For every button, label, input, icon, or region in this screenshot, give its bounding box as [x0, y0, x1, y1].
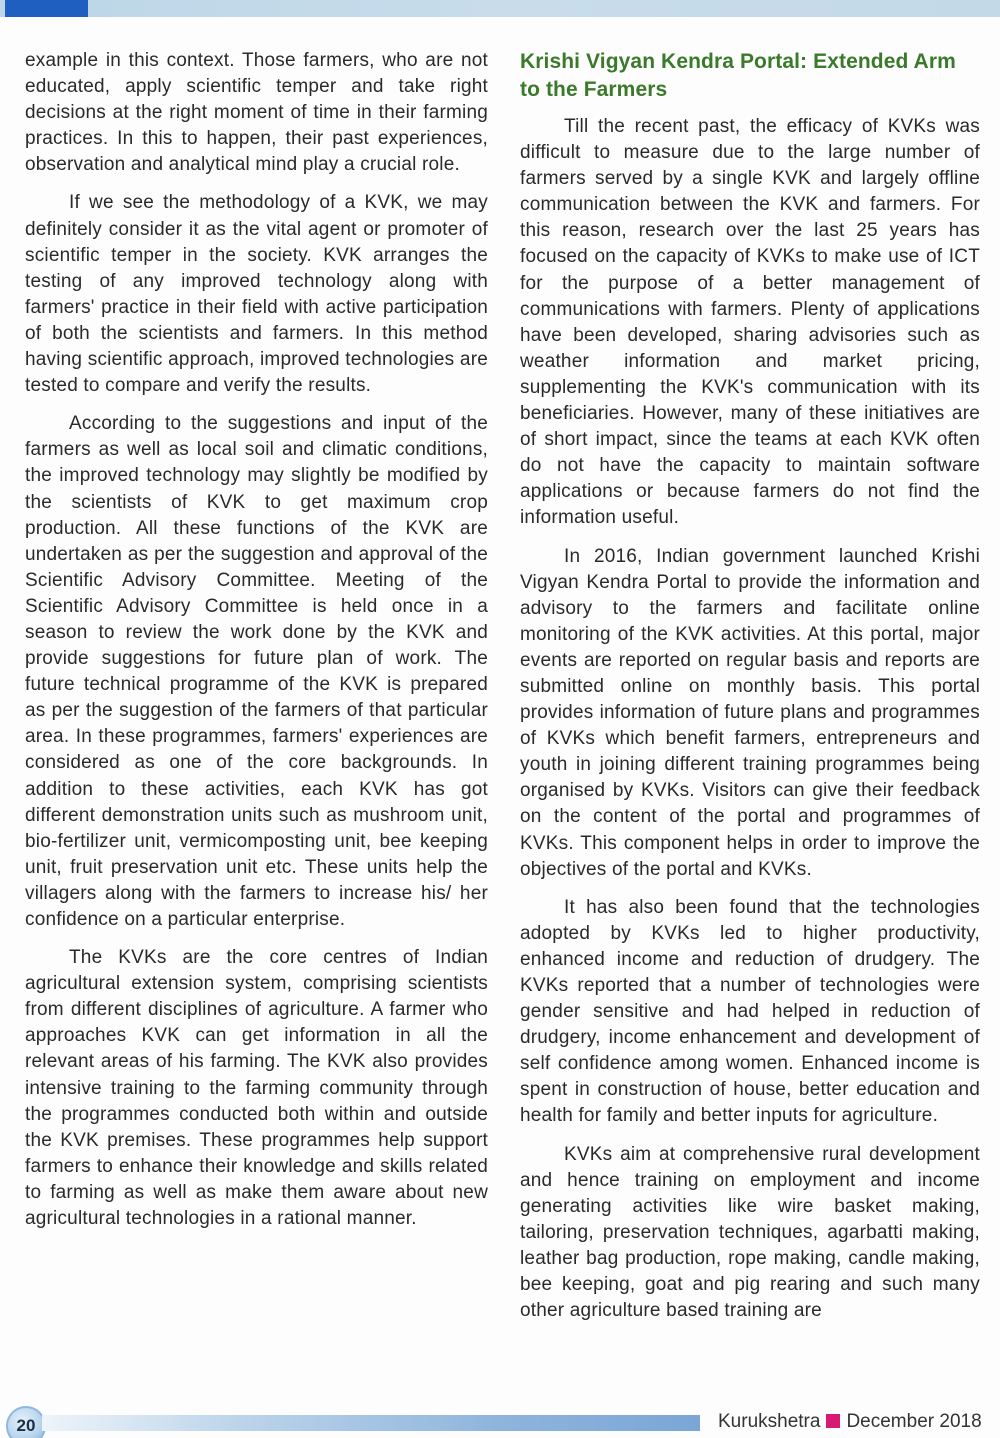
- footer-publication-info: KurukshetraDecember 2018: [718, 1411, 982, 1433]
- publication-name: Kurukshetra: [718, 1411, 820, 1432]
- page-footer: 20 KurukshetraDecember 2018: [0, 1398, 1000, 1438]
- paragraph: The KVKs are the core centres of Indian …: [25, 945, 488, 1232]
- paragraph: In 2016, Indian government launched Kris…: [520, 544, 980, 883]
- issue-date: December 2018: [846, 1411, 981, 1432]
- header-accent-block: [5, 0, 88, 17]
- paragraph: According to the suggestions and input o…: [25, 411, 488, 933]
- paragraph: KVKs aim at comprehensive rural developm…: [520, 1142, 980, 1325]
- section-heading: Krishi Vigyan Kendra Portal: Extended Ar…: [520, 48, 980, 104]
- paragraph: example in this context. Those farmers, …: [25, 48, 488, 178]
- paragraph: Till the recent past, the efficacy of KV…: [520, 114, 980, 532]
- paragraph: If we see the methodology of a KVK, we m…: [25, 190, 488, 399]
- square-separator-icon: [826, 1414, 840, 1428]
- page-number: 20: [6, 1406, 46, 1438]
- right-column: Krishi Vigyan Kendra Portal: Extended Ar…: [520, 48, 980, 1336]
- header-bar: [0, 0, 1000, 17]
- left-column: example in this context. Those farmers, …: [25, 48, 488, 1244]
- footer-bar: [42, 1415, 700, 1431]
- paragraph: It has also been found that the technolo…: [520, 895, 980, 1130]
